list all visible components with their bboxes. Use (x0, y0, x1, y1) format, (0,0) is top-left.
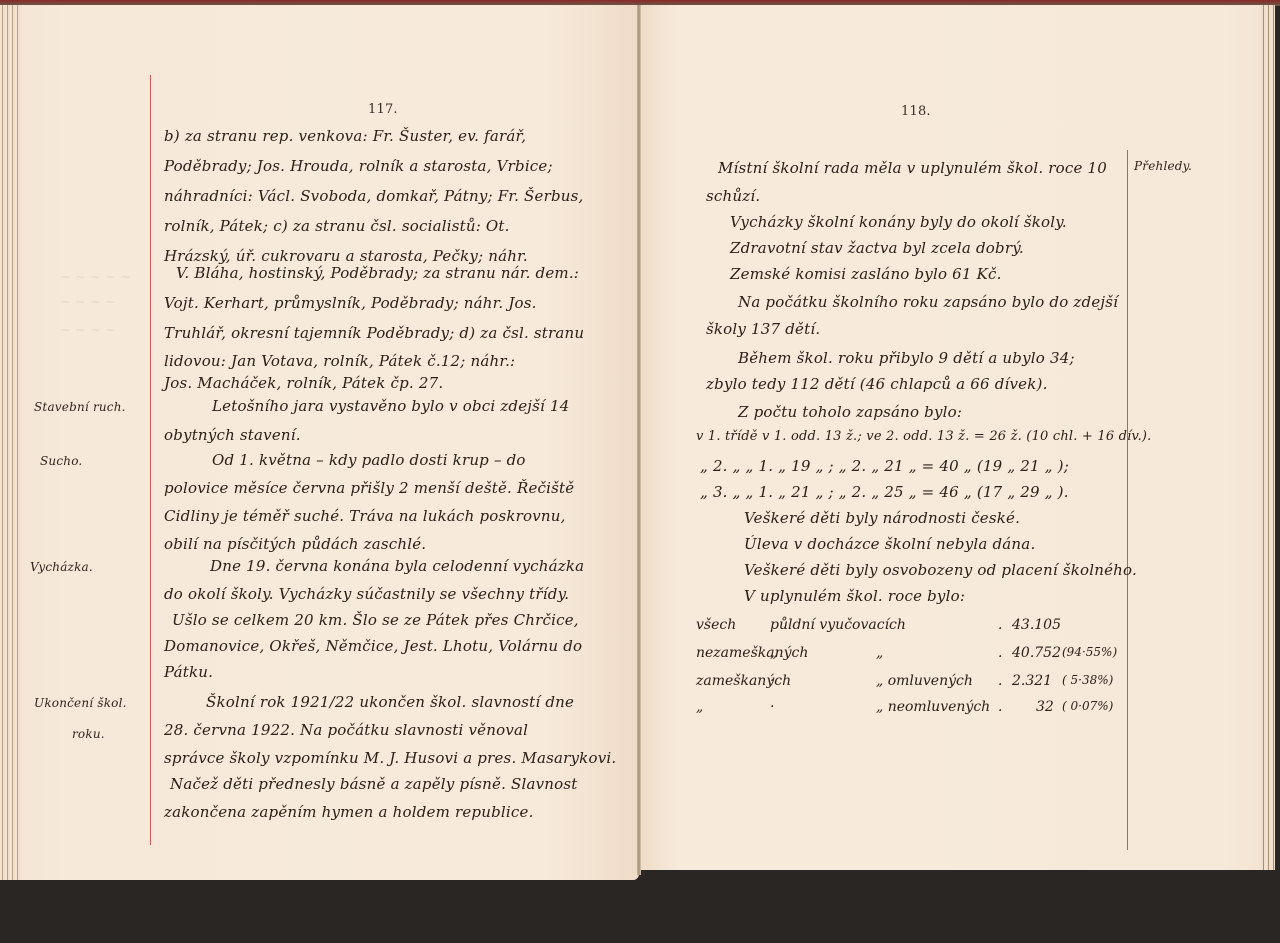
handwritten-line: Veškeré děti byly národnosti české. (744, 509, 1020, 527)
stat-col: „ omluvených (876, 673, 973, 689)
handwritten-line: rolník, Pátek; c) za stranu čsl. sociali… (164, 217, 510, 235)
stat-col: „ neomluvených (876, 699, 990, 715)
handwritten-line: Zemské komisi zasláno bylo 61 Kč. (730, 265, 1002, 283)
handwritten-line: Dne 19. června konána byla celodenní vyc… (210, 557, 584, 575)
open-ledger-book: ~ ~ ~ ~ ~ ~ ~ ~ ~ ~ ~ ~ ~ 117. 118. Stav… (0, 0, 1280, 943)
margin-note: Vycházka. (30, 560, 93, 574)
stat-label: všech (696, 617, 736, 633)
handwritten-line: Vycházky školní konány byly do okolí ško… (730, 213, 1067, 231)
margin-note: Stavební ruch. (34, 400, 126, 414)
handwritten-line: Letošního jara vystavěno bylo v obci zde… (212, 397, 570, 415)
handwritten-line: Poděbrady; Jos. Hrouda, rolník a starost… (164, 157, 553, 175)
stat-value: 32 (1036, 699, 1054, 715)
book-gutter (637, 5, 641, 875)
stat-col: · (770, 699, 774, 715)
handwritten-line: Cidliny je téměř suché. Tráva na lukách … (164, 507, 566, 525)
margin-note: Přehledy. (1134, 159, 1192, 173)
handwritten-line: Školní rok 1921/22 ukončen škol. slavnos… (206, 693, 574, 711)
stat-dot: . (998, 617, 1002, 633)
stat-value: 43.105 (1012, 617, 1061, 633)
bleed-through-text: ~ ~ ~ ~ (60, 323, 116, 338)
handwritten-line: Zdravotní stav žactva byl zcela dobrý. (730, 239, 1024, 257)
bleed-through-text: ~ ~ ~ ~ (60, 295, 116, 310)
margin-note: Ukončení škol. (34, 696, 127, 710)
handwritten-line: Pátku. (164, 663, 213, 681)
handwritten-line: Jos. Macháček, rolník, Pátek čp. 27. (164, 374, 443, 392)
handwritten-line: obilí na písčitých půdách zaschlé. (164, 535, 426, 553)
stat-value: 2.321 (1012, 673, 1052, 689)
stat-dot: . (998, 673, 1002, 689)
right-margin-line (1127, 150, 1128, 850)
stat-label: „ (696, 699, 703, 715)
stat-percent: (94·55%) (1062, 645, 1117, 659)
handwritten-line: Od 1. května – kdy padlo dosti krup – do (212, 451, 526, 469)
bleed-through-text: ~ ~ ~ ~ ~ (60, 270, 131, 285)
handwritten-line: správce školy vzpomínku M. J. Husovi a p… (164, 749, 616, 767)
left-page-edges (0, 5, 22, 880)
stat-dot: . (998, 699, 1002, 715)
handwritten-line: lidovou: Jan Votava, rolník, Pátek č.12;… (164, 352, 515, 370)
page-number-right: 118. (901, 104, 931, 119)
handwritten-line: V. Bláha, hostinský, Poděbrady; za stran… (176, 264, 579, 282)
stat-col: půldní vyučovacích (770, 617, 906, 633)
stat-col: „ (770, 645, 777, 661)
handwritten-line: v 1. třídě v 1. odd. 13 ž.; ve 2. odd. 1… (696, 429, 1151, 444)
handwritten-line: Úleva v docházce školní nebyla dána. (744, 535, 1035, 553)
margin-note: roku. (72, 727, 105, 741)
handwritten-line: 28. června 1922. Na počátku slavnosti vě… (164, 721, 528, 739)
handwritten-line: Hrázský, úř. cukrovaru a starosta, Pečky… (164, 247, 528, 265)
handwritten-line: zbylo tedy 112 dětí (46 chlapců a 66 dív… (706, 375, 1048, 393)
handwritten-line: do okolí školy. Vycházky súčastnily se v… (164, 585, 569, 603)
handwritten-line: Ušlo se celkem 20 km. Šlo se ze Pátek př… (172, 611, 579, 629)
handwritten-line: polovice měsíce června přišly 2 menší de… (164, 479, 574, 497)
margin-note: Sucho. (40, 454, 82, 468)
handwritten-line: V uplynulém škol. roce bylo: (744, 587, 965, 605)
handwritten-line: Během škol. roku přibylo 9 dětí a ubylo … (738, 349, 1075, 367)
handwritten-line: Místní školní rada měla v uplynulém škol… (718, 159, 1107, 177)
stat-percent: ( 0·07%) (1062, 699, 1113, 713)
handwritten-line: obytných stavení. (164, 426, 301, 444)
stat-col: „ (876, 645, 883, 661)
handwritten-line: Načež děti přednesly básně a zapěly písn… (170, 775, 578, 793)
page-number-left: 117. (368, 102, 398, 117)
handwritten-line: Veškeré děti byly osvobozeny od placení … (744, 561, 1137, 579)
stat-label: nezameškaných (696, 645, 808, 661)
handwritten-line: Z počtu toholo zapsáno bylo: (738, 403, 962, 421)
stat-col: · (770, 673, 774, 689)
stat-value: 40.752 (1012, 645, 1061, 661)
handwritten-line: Vojt. Kerhart, průmyslník, Poděbrady; ná… (164, 294, 537, 312)
handwritten-line: „ 2. „ „ 1. „ 19 „ ; „ 2. „ 21 „ = 40 „ … (700, 457, 1069, 475)
handwritten-line: zakončena zapěním hymen a holdem republi… (164, 803, 534, 821)
left-margin-line (150, 75, 151, 845)
handwritten-line: Truhlář, okresní tajemník Poděbrady; d) … (164, 324, 584, 342)
handwritten-line: školy 137 dětí. (706, 320, 820, 338)
stat-dot: . (998, 645, 1002, 661)
stat-percent: ( 5·38%) (1062, 673, 1113, 687)
stat-label: zameškaných (696, 673, 791, 689)
handwritten-line: náhradníci: Václ. Svoboda, domkař, Pátny… (164, 187, 584, 205)
handwritten-line: schůzí. (706, 187, 760, 205)
handwritten-line: „ 3. „ „ 1. „ 21 „ ; „ 2. „ 25 „ = 46 „ … (700, 483, 1069, 501)
right-page-edges (1261, 5, 1275, 870)
handwritten-line: b) za stranu rep. venkova: Fr. Šuster, e… (164, 127, 526, 145)
handwritten-line: Domanovice, Okřeš, Němčice, Jest. Lhotu,… (164, 637, 582, 655)
handwritten-line: Na počátku školního roku zapsáno bylo do… (738, 293, 1118, 311)
